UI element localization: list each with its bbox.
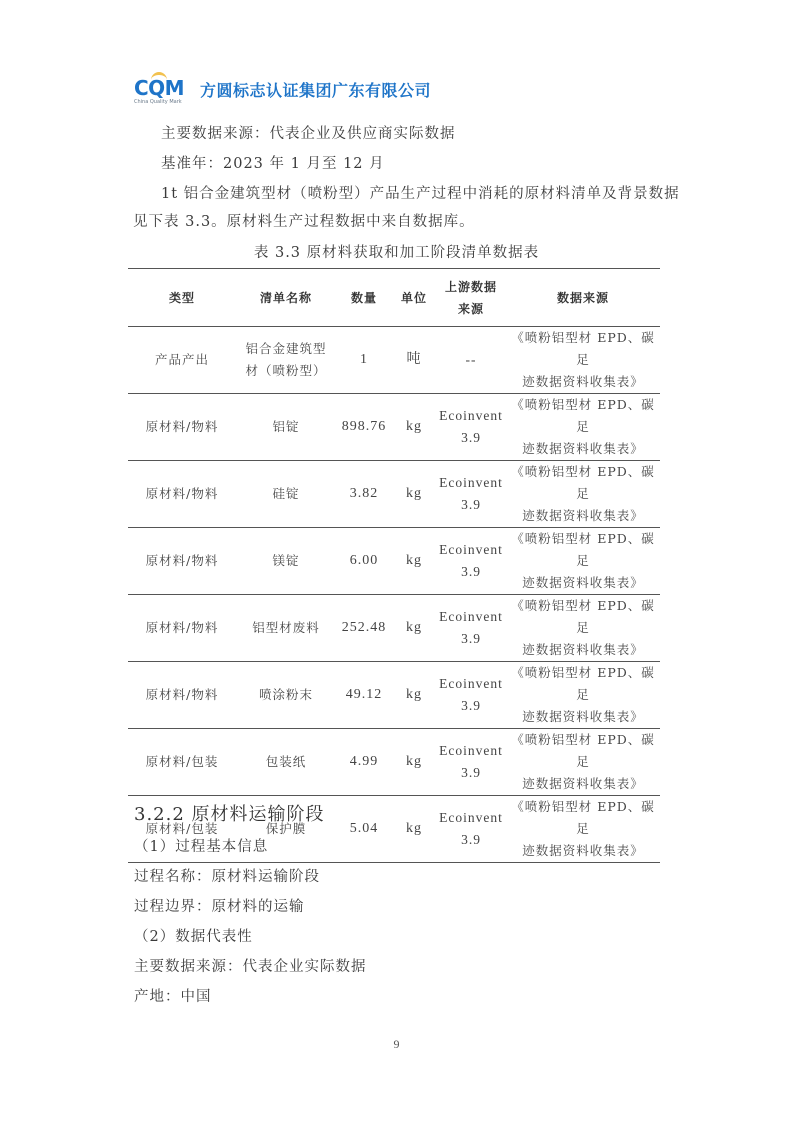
cell-item-name: 包装纸	[236, 729, 336, 796]
cell-upstream-line2: 3.9	[436, 628, 506, 650]
cell-item-name: 镁锭	[236, 528, 336, 595]
cell-upstream-source: Ecoinvent 3.9	[436, 528, 506, 595]
cell-quantity: 1	[336, 327, 392, 394]
cell-upstream-line2: 3.9	[436, 762, 506, 784]
cell-item-name: 硅锭	[236, 461, 336, 528]
cell-data-source-line2: 迹数据资料收集表》	[506, 706, 660, 728]
table-row: 原材料/物料 铝型材废料 252.48 kg Ecoinvent 3.9 《喷粉…	[128, 595, 660, 662]
cell-upstream-line2: 3.9	[436, 561, 506, 583]
cell-upstream-source: Ecoinvent 3.9	[436, 796, 506, 863]
intro-description-line2: 见下表 3.3。原材料生产过程数据中来自数据库。	[133, 212, 475, 232]
cell-quantity: 4.99	[336, 729, 392, 796]
cell-data-source-line1: 《喷粉铝型材 EPD、碳足	[506, 327, 660, 371]
document-header: CQM China Quality Mark 方圆标志认证集团广东有限公司	[134, 72, 431, 106]
cell-type: 产品产出	[128, 327, 236, 394]
company-name: 方圆标志认证集团广东有限公司	[200, 78, 431, 101]
origin: 产地：中国	[134, 987, 212, 1007]
cell-data-source: 《喷粉铝型材 EPD、碳足 迹数据资料收集表》	[506, 662, 660, 729]
cell-data-source-line2: 迹数据资料收集表》	[506, 505, 660, 527]
cell-unit: kg	[392, 595, 436, 662]
header-quantity: 数量	[336, 269, 392, 327]
header-unit: 单位	[392, 269, 436, 327]
cell-upstream-line2: 3.9	[436, 427, 506, 449]
cell-item-name-line1: 铝锭	[236, 416, 336, 438]
cell-unit: kg	[392, 461, 436, 528]
logo-text: CQM	[134, 76, 184, 100]
cell-item-name-line1: 喷涂粉末	[236, 684, 336, 706]
cell-quantity: 49.12	[336, 662, 392, 729]
cell-data-source-line2: 迹数据资料收集表》	[506, 572, 660, 594]
cell-upstream-source: Ecoinvent 3.9	[436, 729, 506, 796]
cell-upstream-line1: Ecoinvent	[436, 807, 506, 829]
intro-description-line1: 1t 铝合金建筑型材（喷粉型）产品生产过程中消耗的原材料清单及背景数据	[161, 184, 680, 204]
process-boundary: 过程边界：原材料的运输	[134, 897, 305, 917]
cell-item-name: 铝锭	[236, 394, 336, 461]
cell-upstream-line1: Ecoinvent	[436, 472, 506, 494]
cell-data-source-line1: 《喷粉铝型材 EPD、碳足	[506, 796, 660, 840]
cell-upstream-line1: Ecoinvent	[436, 673, 506, 695]
cell-item-name: 铝型材废料	[236, 595, 336, 662]
cell-quantity: 6.00	[336, 528, 392, 595]
cell-upstream-source: --	[436, 327, 506, 394]
cell-data-source: 《喷粉铝型材 EPD、碳足 迹数据资料收集表》	[506, 796, 660, 863]
cell-item-name: 喷涂粉末	[236, 662, 336, 729]
intro-data-source: 主要数据来源：代表企业及供应商实际数据	[161, 124, 456, 144]
cell-upstream-source: Ecoinvent 3.9	[436, 595, 506, 662]
cell-data-source: 《喷粉铝型材 EPD、碳足 迹数据资料收集表》	[506, 394, 660, 461]
cell-data-source-line2: 迹数据资料收集表》	[506, 639, 660, 661]
cell-unit: 吨	[392, 327, 436, 394]
cell-quantity: 5.04	[336, 796, 392, 863]
table-row: 原材料/物料 镁锭 6.00 kg Ecoinvent 3.9 《喷粉铝型材 E…	[128, 528, 660, 595]
table-row: 原材料/物料 铝锭 898.76 kg Ecoinvent 3.9 《喷粉铝型材…	[128, 394, 660, 461]
cell-item-name-line1: 铝型材废料	[236, 617, 336, 639]
cell-data-source: 《喷粉铝型材 EPD、碳足 迹数据资料收集表》	[506, 595, 660, 662]
cell-upstream-line1: --	[436, 349, 506, 371]
cell-data-source: 《喷粉铝型材 EPD、碳足 迹数据资料收集表》	[506, 327, 660, 394]
raw-material-inventory-table: 类型 清单名称 数量 单位 上游数据 来源 数据来源 产品产出 铝合金建筑型 材…	[128, 268, 660, 863]
cell-quantity: 3.82	[336, 461, 392, 528]
table-row: 原材料/物料 喷涂粉末 49.12 kg Ecoinvent 3.9 《喷粉铝型…	[128, 662, 660, 729]
cell-upstream-line1: Ecoinvent	[436, 539, 506, 561]
table-row: 产品产出 铝合金建筑型 材（喷粉型） 1 吨 -- 《喷粉铝型材 EPD、碳足 …	[128, 327, 660, 394]
header-item-name: 清单名称	[236, 269, 336, 327]
cell-upstream-line2: 3.9	[436, 829, 506, 851]
cell-upstream-line2: 3.9	[436, 494, 506, 516]
cell-item-name: 铝合金建筑型 材（喷粉型）	[236, 327, 336, 394]
cell-upstream-line1: Ecoinvent	[436, 405, 506, 427]
cell-upstream-source: Ecoinvent 3.9	[436, 662, 506, 729]
header-type: 类型	[128, 269, 236, 327]
cell-data-source-line1: 《喷粉铝型材 EPD、碳足	[506, 729, 660, 773]
cell-data-source-line2: 迹数据资料收集表》	[506, 438, 660, 460]
cell-upstream-source: Ecoinvent 3.9	[436, 461, 506, 528]
cell-upstream-source: Ecoinvent 3.9	[436, 394, 506, 461]
cell-type: 原材料/物料	[128, 662, 236, 729]
section-data-source: 主要数据来源：代表企业实际数据	[134, 957, 367, 977]
cell-data-source-line2: 迹数据资料收集表》	[506, 840, 660, 862]
header-upstream-line1: 上游数据	[436, 276, 506, 298]
table-caption: 表 3.3 原材料获取和加工阶段清单数据表	[0, 241, 793, 262]
table-header-row: 类型 清单名称 数量 单位 上游数据 来源 数据来源	[128, 269, 660, 327]
cell-unit: kg	[392, 729, 436, 796]
cell-quantity: 898.76	[336, 394, 392, 461]
cell-unit: kg	[392, 796, 436, 863]
section-sub1: （1）过程基本信息	[134, 837, 268, 857]
cell-data-source: 《喷粉铝型材 EPD、碳足 迹数据资料收集表》	[506, 528, 660, 595]
cell-unit: kg	[392, 662, 436, 729]
header-upstream-source: 上游数据 来源	[436, 269, 506, 327]
cell-unit: kg	[392, 394, 436, 461]
table-row: 原材料/物料 硅锭 3.82 kg Ecoinvent 3.9 《喷粉铝型材 E…	[128, 461, 660, 528]
cell-upstream-line2: 3.9	[436, 695, 506, 717]
intro-base-year: 基准年：2023 年 1 月至 12 月	[161, 154, 385, 174]
table-row: 原材料/包装 包装纸 4.99 kg Ecoinvent 3.9 《喷粉铝型材 …	[128, 729, 660, 796]
cell-data-source-line1: 《喷粉铝型材 EPD、碳足	[506, 595, 660, 639]
cell-data-source: 《喷粉铝型材 EPD、碳足 迹数据资料收集表》	[506, 461, 660, 528]
logo-subtitle: China Quality Mark	[134, 99, 182, 105]
cell-item-name-line2: 材（喷粉型）	[236, 360, 336, 382]
cell-item-name-line1: 镁锭	[236, 550, 336, 572]
cell-data-source-line2: 迹数据资料收集表》	[506, 773, 660, 795]
cell-data-source-line1: 《喷粉铝型材 EPD、碳足	[506, 662, 660, 706]
cell-data-source-line2: 迹数据资料收集表》	[506, 371, 660, 393]
cell-type: 原材料/物料	[128, 394, 236, 461]
cell-quantity: 252.48	[336, 595, 392, 662]
process-name: 过程名称：原材料运输阶段	[134, 867, 320, 887]
cell-type: 原材料/物料	[128, 461, 236, 528]
page-number: 9	[0, 1037, 793, 1052]
section-sub2: （2）数据代表性	[134, 927, 253, 947]
cell-upstream-line1: Ecoinvent	[436, 606, 506, 628]
cell-type: 原材料/物料	[128, 595, 236, 662]
cell-upstream-line1: Ecoinvent	[436, 740, 506, 762]
cell-type: 原材料/包装	[128, 729, 236, 796]
cell-unit: kg	[392, 528, 436, 595]
header-upstream-line2: 来源	[436, 298, 506, 320]
cell-data-source: 《喷粉铝型材 EPD、碳足 迹数据资料收集表》	[506, 729, 660, 796]
cell-data-source-line1: 《喷粉铝型材 EPD、碳足	[506, 528, 660, 572]
cell-item-name-line1: 硅锭	[236, 483, 336, 505]
cell-item-name-line1: 铝合金建筑型	[236, 338, 336, 360]
header-data-source: 数据来源	[506, 269, 660, 327]
cell-item-name-line1: 包装纸	[236, 751, 336, 773]
cell-data-source-line1: 《喷粉铝型材 EPD、碳足	[506, 461, 660, 505]
cqm-logo: CQM China Quality Mark	[134, 72, 198, 106]
cell-type: 原材料/物料	[128, 528, 236, 595]
section-heading: 3.2.2 原材料运输阶段	[134, 800, 325, 826]
cell-data-source-line1: 《喷粉铝型材 EPD、碳足	[506, 394, 660, 438]
